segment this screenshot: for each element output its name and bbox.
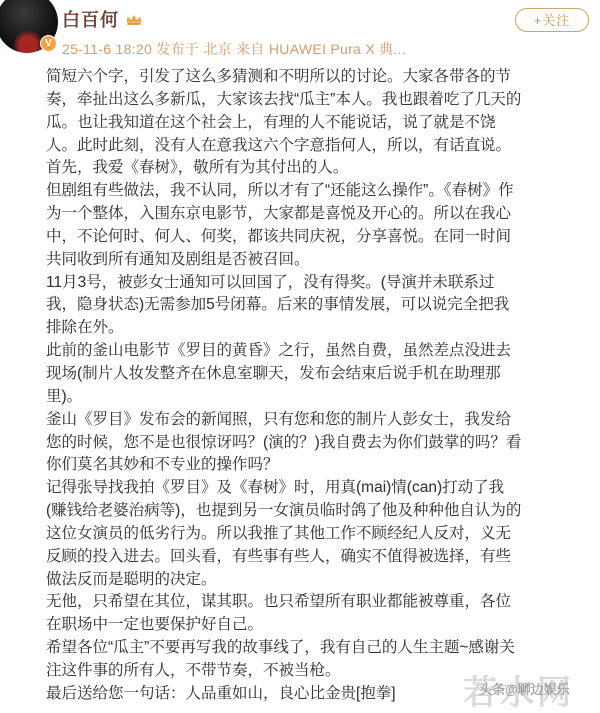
- post-paragraph: 记得张导找我拍《罗目》及《春树》时，用真(mai)情(can)打动了我(赚钱给老…: [46, 477, 522, 591]
- watermark-overlay: 头条@聊边娱乐: [479, 679, 570, 698]
- post-paragraph: 简短六个字，引发了这么多猜测和不明所以的讨论。大家各带各的节奏，牵扯出这么多新瓜…: [46, 66, 522, 157]
- avatar[interactable]: V: [0, 0, 58, 53]
- post-paragraph: 但剧组有些做法，我不认同，所以才有了“还能这么操作”。《春树》作为一个整体，入围…: [46, 180, 522, 271]
- vip-crown-icon: [125, 13, 143, 26]
- post-paragraph: 首先，我爱《春树》，敬所有为其付出的人。: [46, 157, 522, 180]
- header-info: 白百何 25-11-6 18:20 发布于 北京 来自 HUAWEI Pura …: [62, 6, 406, 59]
- post-paragraph: 11月3号，被彭女士通知可以回国了，没有得奖。(导演并未联系过我，隐身状态)无需…: [46, 272, 522, 341]
- post-paragraph: 最后送给您一句话：人品重如山，良心比金贵[抱拳]: [46, 683, 522, 706]
- weibo-post-page: V 白百何 25-11-6 18:20 发布于 北京 来自 HUAWEI Pur…: [0, 0, 600, 713]
- follow-button[interactable]: +关注: [515, 8, 589, 32]
- post-paragraph: 希望各位“瓜主”不要再写我的故事线了，我有自己的人生主题~感谢关注这件事的所有人…: [46, 637, 522, 683]
- username[interactable]: 白百何: [62, 6, 119, 32]
- post-paragraph: 无他，只希望在其位，谋其职。也只希望所有职业都能被尊重，各位在职场中一定也要保护…: [46, 591, 522, 637]
- post-body: 简短六个字，引发了这么多猜测和不明所以的讨论。大家各带各的节奏，牵扯出这么多新瓜…: [46, 66, 522, 706]
- watermark: 若水网 头条@聊边娱乐: [463, 665, 598, 707]
- verified-badge-icon: V: [40, 35, 57, 52]
- post-paragraph: 釜山《罗目》发布会的新闻照，只有您和您的制片人彭女士，我发给您的时候，您不是也很…: [46, 409, 522, 478]
- post-timestamp: 25-11-6 18:20 发布于 北京 来自 HUAWEI Pura X 典.…: [62, 39, 406, 59]
- post-paragraph: 此前的釜山电影节《罗目的黄昏》之行，虽然自费，虽然差点没进去现场(制片人妆发整齐…: [46, 340, 522, 409]
- post-header: V 白百何 25-11-6 18:20 发布于 北京 来自 HUAWEI Pur…: [0, 0, 600, 58]
